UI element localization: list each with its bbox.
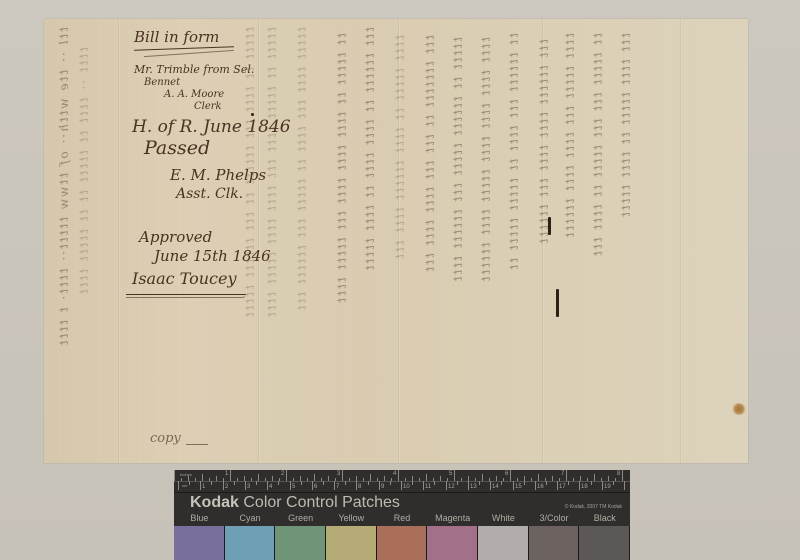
ruler-tick bbox=[454, 470, 455, 481]
bleed-text-column: ttt tttttt tttt tttt ttt tttttt bbox=[538, 39, 550, 389]
ruler-tick bbox=[423, 481, 424, 490]
ruler-tick bbox=[379, 481, 380, 490]
bleed-text-column: ttt tttttt tt tttt tttt tt tttt ttttt bbox=[364, 27, 376, 417]
scan-background: ttl ·· tte wtth·· of ttww ttttt·· tttt· … bbox=[0, 0, 800, 560]
ruler-tick bbox=[479, 481, 480, 485]
ruler-tick bbox=[345, 481, 346, 485]
ruler: Inches 12345678 cm 123456789101112131415… bbox=[174, 470, 630, 493]
cm-tick-label: 6 bbox=[314, 484, 317, 490]
cm-tick-label: 4 bbox=[269, 484, 272, 490]
fold-line bbox=[258, 19, 260, 463]
bleed-text-column: tt ttttt tt tttt tttt tttt ttt ttttt ttt… bbox=[336, 33, 348, 393]
ruler-tick bbox=[624, 481, 625, 490]
ruler-tick bbox=[342, 470, 343, 481]
ruler-tick bbox=[323, 481, 324, 485]
patch-label: Blue bbox=[174, 513, 225, 526]
color-patches bbox=[174, 526, 630, 560]
ruler-tick bbox=[434, 481, 435, 485]
patch-label: Magenta bbox=[427, 513, 478, 526]
ruler-tick bbox=[613, 481, 614, 485]
color-patch bbox=[529, 526, 580, 560]
ruler-tick bbox=[579, 481, 580, 490]
ruler-tick bbox=[314, 474, 315, 481]
endorsement-line: A. A. Moore bbox=[164, 89, 224, 100]
color-patch bbox=[326, 526, 377, 560]
cm-tick-label: 19 bbox=[604, 484, 611, 490]
patch-label: Red bbox=[377, 513, 428, 526]
ruler-tick bbox=[278, 481, 279, 485]
cm-tick-label: 16 bbox=[537, 484, 544, 490]
color-patch bbox=[478, 526, 529, 560]
cm-tick-label: 15 bbox=[515, 484, 522, 490]
ruler-tick bbox=[594, 474, 595, 481]
copy-note: copy bbox=[150, 431, 181, 446]
ruler-tick bbox=[390, 481, 391, 485]
brand-name: Kodak bbox=[190, 494, 239, 511]
cm-tick-label: 9 bbox=[381, 484, 384, 490]
ruler-tick bbox=[490, 481, 491, 490]
ruler-tick bbox=[258, 474, 259, 481]
ruler-tick bbox=[267, 481, 268, 490]
kodak-color-chart: Inches 12345678 cm 123456789101112131415… bbox=[174, 470, 630, 560]
color-patch bbox=[275, 526, 326, 560]
bleed-text-column: ttttt tttt ttt tttt tt ttttt ttt tttttt … bbox=[296, 27, 308, 457]
endorsement-line: Clerk bbox=[194, 101, 222, 112]
ruler-tick bbox=[401, 481, 402, 490]
ruler-tick bbox=[538, 474, 539, 481]
patch-label: 3/Color bbox=[529, 513, 580, 526]
ruler-tick bbox=[245, 481, 246, 490]
ruler-tick bbox=[457, 481, 458, 485]
cm-tick-label: 2 bbox=[225, 484, 228, 490]
color-patch bbox=[427, 526, 478, 560]
clerk-signature: E. M. Phelps bbox=[170, 166, 266, 184]
inch-tick-label: 3 bbox=[337, 471, 340, 477]
color-patch bbox=[579, 526, 630, 560]
cm-tick-label: 12 bbox=[448, 484, 455, 490]
cm-tick-label: 18 bbox=[581, 484, 588, 490]
ruler-tick bbox=[202, 474, 203, 481]
ruler-tick bbox=[356, 481, 357, 490]
ruler-tick bbox=[557, 481, 558, 490]
ruler-tick bbox=[566, 470, 567, 481]
passed-note: Passed bbox=[144, 137, 210, 159]
underline bbox=[144, 50, 234, 57]
ruler-tick bbox=[482, 474, 483, 481]
ruler-tick bbox=[501, 481, 502, 485]
color-patch bbox=[225, 526, 276, 560]
endorsement-line: Bennet bbox=[144, 77, 180, 88]
ruler-tick bbox=[301, 481, 302, 485]
color-patch bbox=[174, 526, 225, 560]
patch-label: Green bbox=[275, 513, 326, 526]
ruler-tick bbox=[468, 481, 469, 490]
ruler-tick bbox=[568, 481, 569, 485]
ruler-tick bbox=[546, 481, 547, 485]
inch-tick-label: 2 bbox=[281, 471, 284, 477]
ruler-tick bbox=[256, 481, 257, 485]
ink-mark bbox=[251, 113, 254, 116]
cm-tick-label: 8 bbox=[358, 484, 361, 490]
cm-tick-label: 7 bbox=[336, 484, 339, 490]
stain bbox=[732, 403, 746, 415]
signature-flourish bbox=[126, 294, 246, 298]
patch-label: Cyan bbox=[225, 513, 276, 526]
patch-label: White bbox=[478, 513, 529, 526]
inch-tick-label: 6 bbox=[505, 471, 508, 477]
ruler-tick bbox=[234, 481, 235, 485]
approver-signature: Isaac Toucey bbox=[132, 269, 237, 288]
clerk-title: Asst. Clk. bbox=[176, 186, 243, 202]
ruler-tick bbox=[513, 481, 514, 490]
ruler-tick bbox=[178, 481, 179, 490]
bleed-text-column: ttttt tt tttt ttt tttttt tt ttt tttttt t… bbox=[244, 27, 256, 437]
cm-tick-label: 5 bbox=[292, 484, 295, 490]
ruler-tick bbox=[211, 481, 212, 485]
inches-label: Inches bbox=[180, 472, 192, 477]
bleed-text-column: ttt ttttttt tt ttt ttt tttt tttt ttt bbox=[424, 35, 436, 415]
inch-tick-label: 7 bbox=[561, 471, 564, 477]
ruler-tick bbox=[398, 470, 399, 481]
copyright: © Kodak, 2007 TM Kodak bbox=[565, 504, 622, 510]
cm-tick-label: 13 bbox=[470, 484, 477, 490]
cm-label: cm bbox=[182, 483, 187, 488]
chart-subtitle: Color Control Patches bbox=[243, 494, 400, 511]
patch-label: Black bbox=[579, 513, 630, 526]
bleed-text-column: tt ttttt ttt ttt ttttt tt tttt ttt bbox=[592, 33, 604, 433]
ruler-tick bbox=[334, 481, 335, 490]
ink-mark bbox=[556, 289, 559, 317]
color-patch bbox=[377, 526, 428, 560]
endorsement-title: Bill in form bbox=[134, 28, 219, 46]
ruler-tick bbox=[174, 470, 175, 481]
bleed-text-column: tttt tttt tttt tttt ttttt tttt tttttt bbox=[480, 37, 492, 463]
house-note: H. of R. June 1846 bbox=[132, 117, 291, 137]
approved-note: Approved bbox=[139, 228, 212, 246]
endorsement-line: Mr. Trimble from Sel. bbox=[134, 63, 254, 76]
cm-tick-label: 17 bbox=[559, 484, 566, 490]
bleed-text-column: tt tttttt ttt tttt tt ttttt ttttt tt bbox=[508, 33, 520, 433]
inch-tick-label: 8 bbox=[617, 471, 620, 477]
ruler-tick bbox=[370, 474, 371, 481]
ruler-tick bbox=[412, 481, 413, 485]
ruler-tick bbox=[426, 474, 427, 481]
bleed-text-column: ttttt tt tttttt ttttt ttt tttttt tttt bbox=[452, 37, 464, 457]
bleed-text-column: ttt tttt ttttt tt tttt ttttt bbox=[620, 33, 632, 413]
ruler-tick bbox=[591, 481, 592, 485]
inch-tick-label: 5 bbox=[449, 471, 452, 477]
inch-tick-label: 4 bbox=[393, 471, 396, 477]
ruler-tick bbox=[312, 481, 313, 490]
cm-tick-label: 11 bbox=[425, 484, 431, 490]
fold-line bbox=[118, 19, 120, 463]
ruler-tick bbox=[189, 481, 190, 485]
cm-scale: cm 12345678910111213141516171819 bbox=[174, 481, 630, 492]
bleed-text-column: tttt ttttt ttt tttt tttt tttttt bbox=[564, 33, 576, 423]
cm-tick-label: 1 bbox=[202, 484, 205, 490]
inch-tick-label: 1 bbox=[225, 471, 228, 477]
ruler-tick bbox=[230, 470, 231, 481]
bleed-text-column: tttt ·· tttt tt ttttt tt tt ttttt tttt bbox=[78, 47, 90, 427]
underline bbox=[186, 444, 208, 445]
patch-labels: BlueCyanGreenYellowRedMagentaWhite3/Colo… bbox=[174, 513, 630, 526]
ruler-tick bbox=[510, 470, 511, 481]
bleed-text-column: ttttt tt ttttt tttt ttt tttt tttt ttttt … bbox=[266, 27, 278, 427]
ruler-tick bbox=[200, 481, 201, 490]
ruler-tick bbox=[446, 481, 447, 490]
manuscript-page: ttl ·· tte wtth·· of ttww ttttt·· tttt· … bbox=[44, 19, 748, 463]
ruler-tick bbox=[368, 481, 369, 485]
cm-tick-label: 10 bbox=[403, 484, 410, 490]
cm-tick-label: 14 bbox=[492, 484, 499, 490]
fold-line bbox=[680, 19, 682, 463]
bleed-text-column: ttl ·· tte wtth·· of ttww ttttt·· tttt· … bbox=[58, 27, 70, 447]
ruler-tick bbox=[535, 481, 536, 490]
ruler-tick bbox=[223, 481, 224, 490]
ink-mark bbox=[548, 217, 551, 235]
approved-date: June 15th 1846 bbox=[154, 247, 271, 265]
ruler-tick bbox=[602, 481, 603, 490]
cm-tick-label: 3 bbox=[247, 484, 250, 490]
ruler-tick bbox=[290, 481, 291, 490]
chart-title: Kodak Color Control Patches bbox=[190, 494, 400, 512]
ruler-tick bbox=[286, 470, 287, 481]
patch-label: Yellow bbox=[326, 513, 377, 526]
ruler-tick bbox=[524, 481, 525, 485]
ruler-tick bbox=[622, 470, 623, 481]
bleed-text-column: tttt ttttt tt tttt tttttt tttt ttt bbox=[394, 35, 406, 455]
